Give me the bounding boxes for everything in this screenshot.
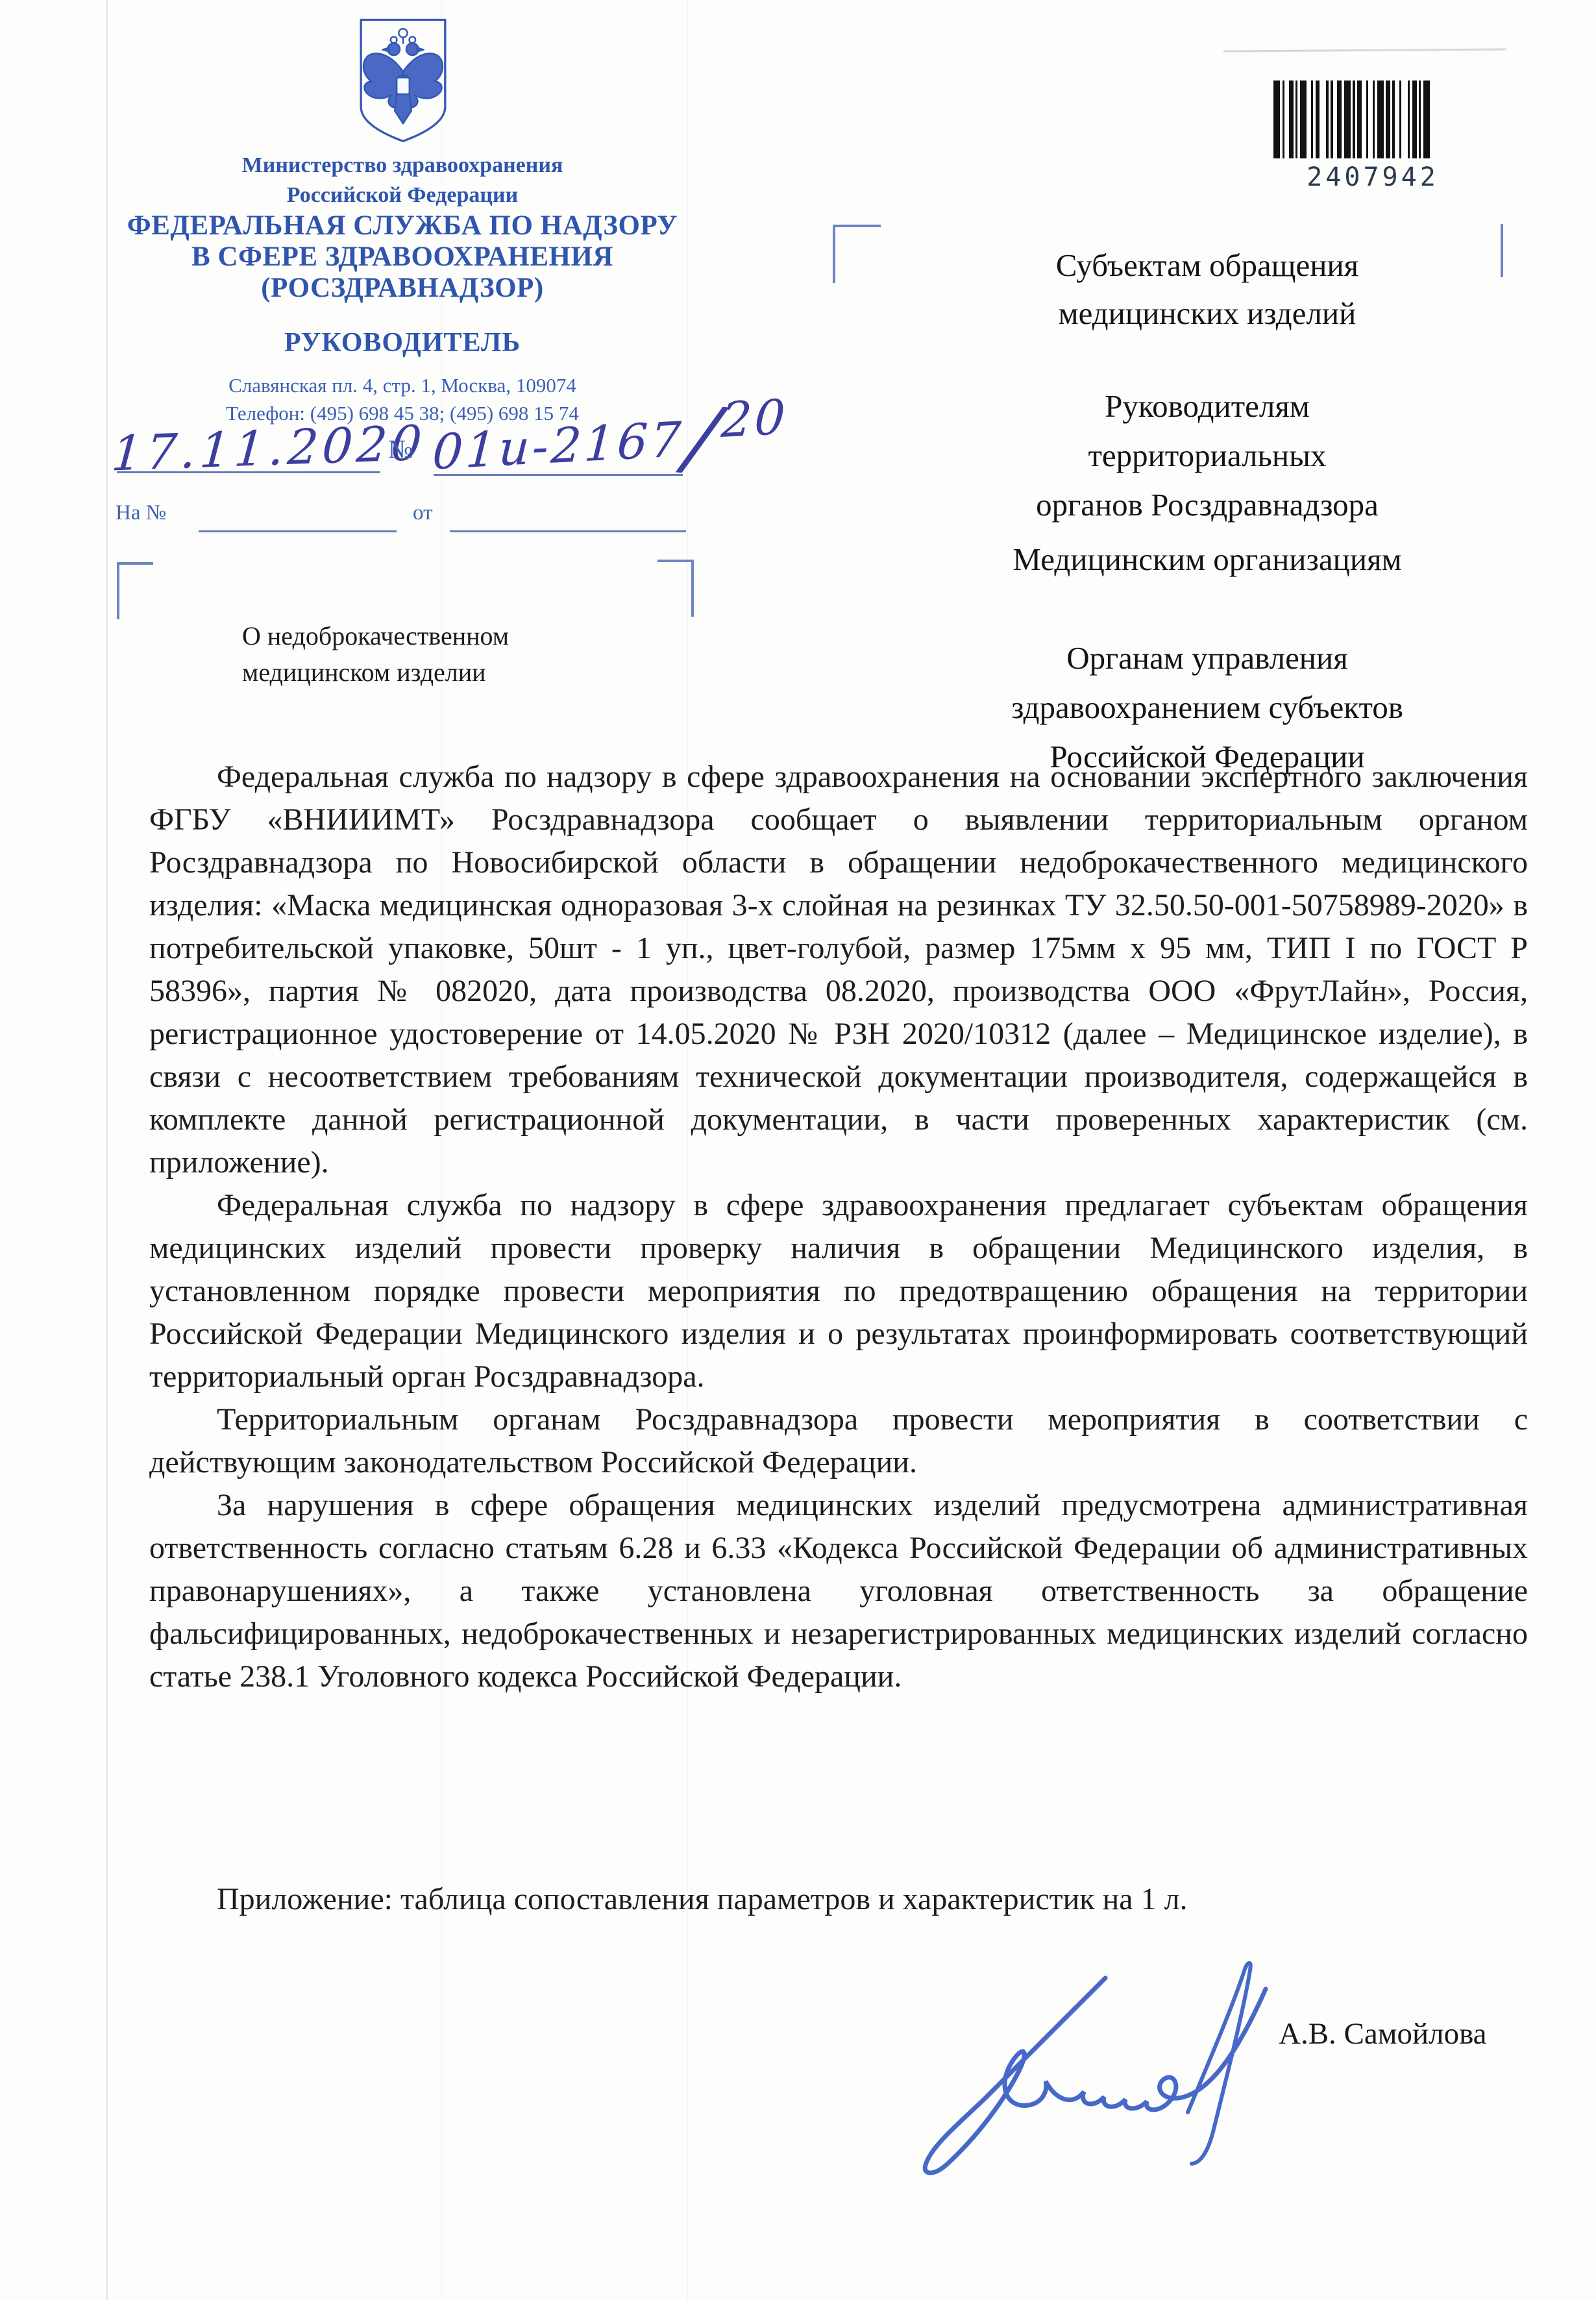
scanned-letter-page: Министерство здравоохранения Российской … (0, 0, 1596, 2300)
signature-icon (907, 1949, 1290, 2189)
body-paragraph: Территориальным органам Росздравнадзора … (149, 1398, 1528, 1484)
recipient-line: Медицинским организациям (879, 535, 1535, 584)
number-slash: / (689, 437, 718, 439)
subject-line1: О недоброкачественном (242, 618, 567, 654)
signer-name: А.В. Самойлова (1279, 2016, 1551, 2051)
reply-prefix: На № (116, 501, 166, 525)
recipient-line: органов Росздравнадзора (879, 480, 1535, 530)
reply-from-label: от (413, 501, 433, 525)
recipient-line: территориальных (879, 431, 1535, 480)
subject-line2: медицинском изделии (242, 654, 567, 691)
service-line1: ФЕДЕРАЛЬНАЯ СЛУЖБА ПО НАДЗОРУ (45, 210, 759, 241)
recipient-line: здравоохранением субъектов (879, 683, 1535, 732)
recipient-line: Органам управления (879, 634, 1535, 683)
attachment-line: Приложение: таблица сопоставления параме… (149, 1881, 1528, 1917)
recipient-line: медицинских изделий (879, 290, 1535, 338)
recipient-line: Руководителям (879, 382, 1535, 431)
body-paragraph: Федеральная служба по надзору в сфере зд… (149, 756, 1528, 1184)
ministry-line1: Министерство здравоохранения (58, 151, 746, 180)
recipient-group: Руководителям территориальных органов Ро… (879, 382, 1535, 530)
date-underline (117, 471, 380, 473)
subject-corner-right (657, 560, 694, 617)
barcode-bars (1273, 80, 1472, 158)
coat-of-arms-icon (354, 17, 452, 144)
number-year: 20 (720, 389, 789, 449)
barcode-number: 2407942 (1273, 162, 1472, 192)
ministry-name: Министерство здравоохранения Российской … (58, 151, 746, 210)
number-sign: № (388, 434, 413, 464)
barcode: 2407942 (1273, 80, 1472, 192)
service-name: ФЕДЕРАЛЬНАЯ СЛУЖБА ПО НАДЗОРУ В СФЕРЕ ЗД… (45, 210, 759, 304)
scan-artifact-line (1223, 48, 1506, 52)
recipient-group: Медицинским организациям (879, 535, 1535, 584)
reply-number-underline (199, 530, 397, 532)
subject-block: О недоброкачественном медицинском издели… (242, 618, 567, 691)
recipient-line: Субъектам обращения (879, 241, 1535, 290)
reply-date-underline (450, 530, 686, 532)
body-paragraph: Федеральная служба по надзору в сфере зд… (149, 1184, 1528, 1398)
recipient-group: Субъектам обращения медицинских изделий (879, 241, 1535, 338)
position-title: РУКОВОДИТЕЛЬ (58, 327, 746, 358)
number-underline (434, 474, 683, 476)
service-line2: В СФЕРЕ ЗДРАВООХРАНЕНИЯ (45, 241, 759, 273)
letterhead-address: Славянская пл. 4, стр. 1, Москва, 109074 (58, 374, 746, 397)
ministry-line2: Российской Федерации (58, 180, 746, 210)
service-line3: (РОСЗДРАВНАДЗОР) (45, 273, 759, 304)
subject-corner-left (117, 562, 153, 619)
letter-body: Федеральная служба по надзору в сфере зд… (149, 756, 1528, 1698)
address-zone-corner (833, 225, 881, 283)
body-paragraph: За нарушения в сфере обращения медицинск… (149, 1484, 1528, 1698)
